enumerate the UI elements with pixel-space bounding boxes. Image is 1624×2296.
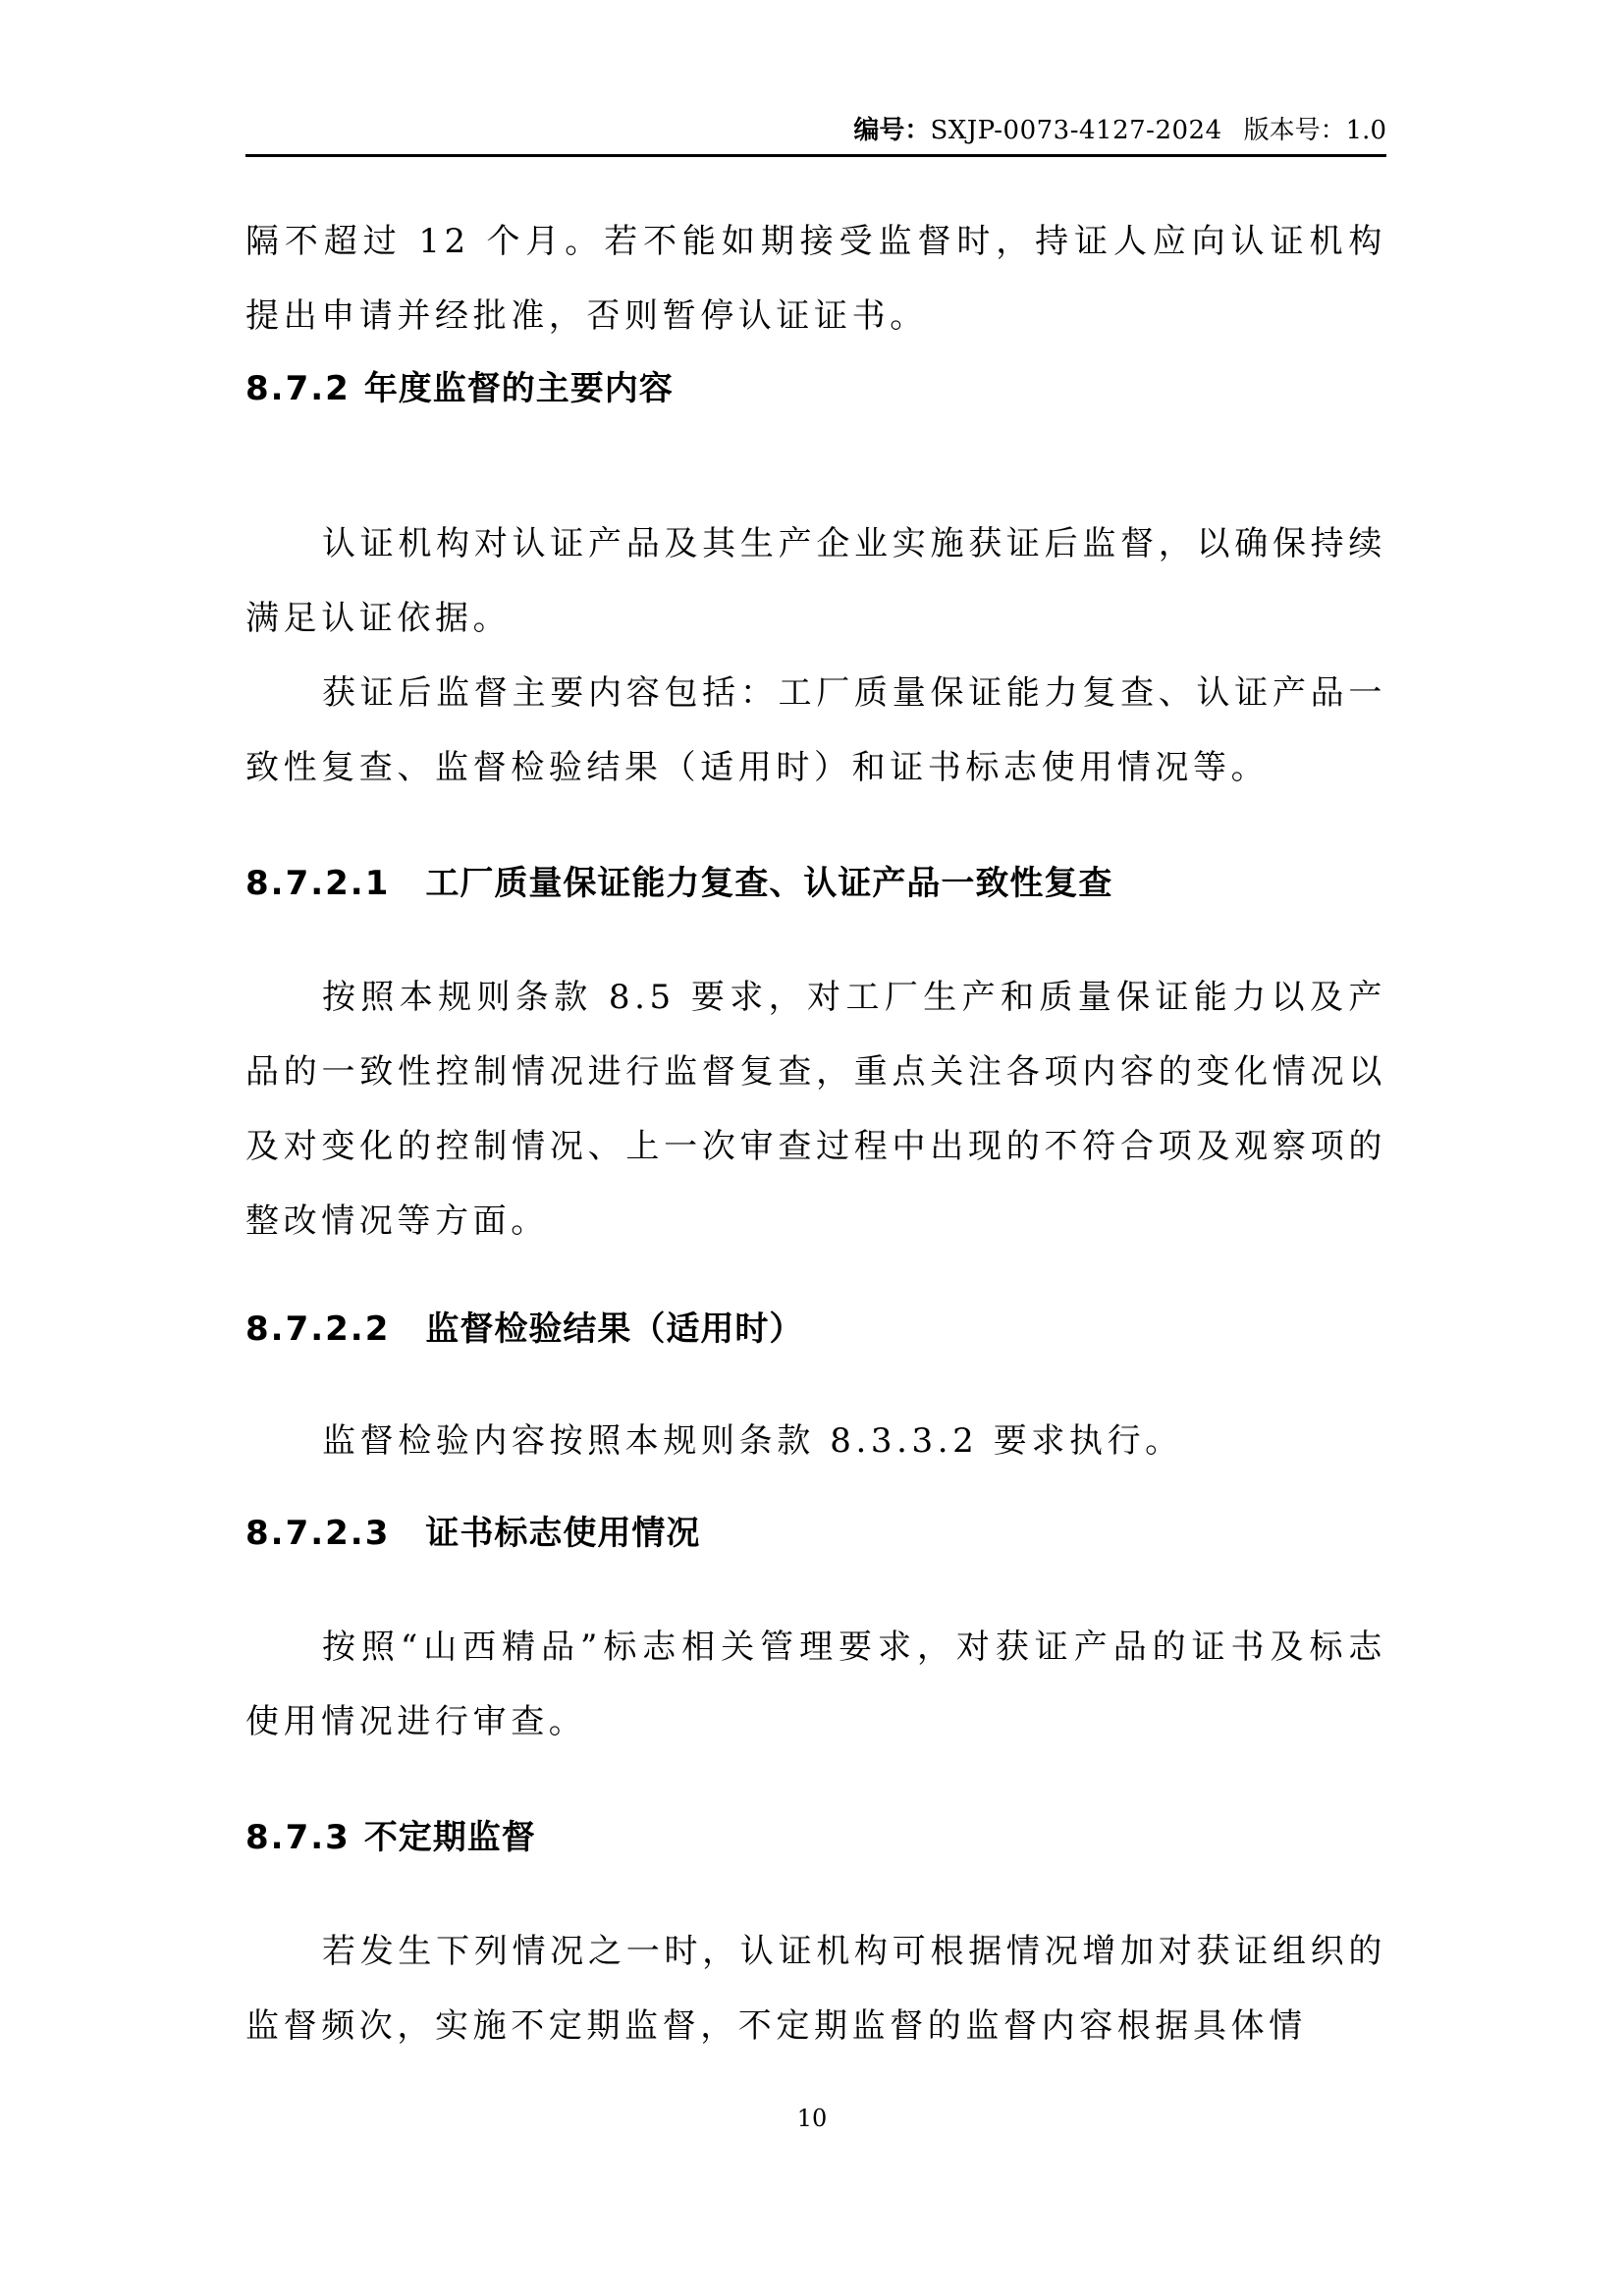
document-code-label: 编号：: [853, 116, 930, 145]
paragraph-continuation: 隔不超过 12 个月。若不能如期接受监督时，持证人应向认证机构提出申请并经批准，…: [245, 204, 1386, 353]
section-title: 工厂质量保证能力复查、认证产品一致性复查: [425, 864, 1112, 903]
section-number: 8.7.2.1: [245, 864, 390, 903]
section-heading-8-7-2-3: 8.7.2.3证书标志使用情况: [245, 1510, 1386, 1557]
section-number: 8.7.3: [245, 1818, 351, 1857]
paragraph-8-7-2-1: 按照本规则条款 8.5 要求，对工厂生产和质量保证能力以及产品的一致性控制情况进…: [245, 960, 1386, 1258]
section-title: 证书标志使用情况: [425, 1514, 700, 1553]
paragraph-8-7-3: 若发生下列情况之一时，认证机构可根据情况增加对获证组织的监督频次，实施不定期监督…: [245, 1914, 1386, 2063]
section-title: 监督检验结果（适用时）: [425, 1309, 803, 1349]
section-heading-8-7-2: 8.7.2年度监督的主要内容: [245, 365, 1386, 412]
paragraph-8-7-2-scope: 获证后监督主要内容包括：工厂质量保证能力复查、认证产品一致性复查、监督检验结果（…: [245, 656, 1386, 805]
section-number: 8.7.2: [245, 369, 351, 408]
version-label: 版本号：: [1244, 116, 1346, 145]
paragraph-8-7-2-intro: 认证机构对认证产品及其生产企业实施获证后监督，以确保持续满足认证依据。: [245, 507, 1386, 656]
section-heading-8-7-3: 8.7.3不定期监督: [245, 1814, 1386, 1861]
version-number: 1.0: [1346, 116, 1386, 145]
section-heading-8-7-2-2: 8.7.2.2监督检验结果（适用时）: [245, 1306, 1386, 1353]
section-title: 不定期监督: [364, 1818, 536, 1857]
paragraph-8-7-2-3: 按照“山西精品”标志相关管理要求，对获证产品的证书及标志使用情况进行审查。: [245, 1610, 1386, 1759]
paragraph-8-7-2-2: 监督检验内容按照本规则条款 8.3.3.2 要求执行。: [245, 1404, 1386, 1478]
header-divider: [245, 154, 1386, 157]
section-number: 8.7.2.3: [245, 1514, 390, 1553]
document-code: SXJP-0073-4127-2024: [930, 116, 1221, 145]
page-header: 编号：SXJP-0073-4127-2024版本号：1.0: [245, 116, 1386, 155]
section-title: 年度监督的主要内容: [364, 369, 674, 408]
section-number: 8.7.2.2: [245, 1309, 390, 1349]
section-heading-8-7-2-1: 8.7.2.1工厂质量保证能力复查、认证产品一致性复查: [245, 860, 1386, 907]
page-number: 10: [0, 2104, 1624, 2133]
